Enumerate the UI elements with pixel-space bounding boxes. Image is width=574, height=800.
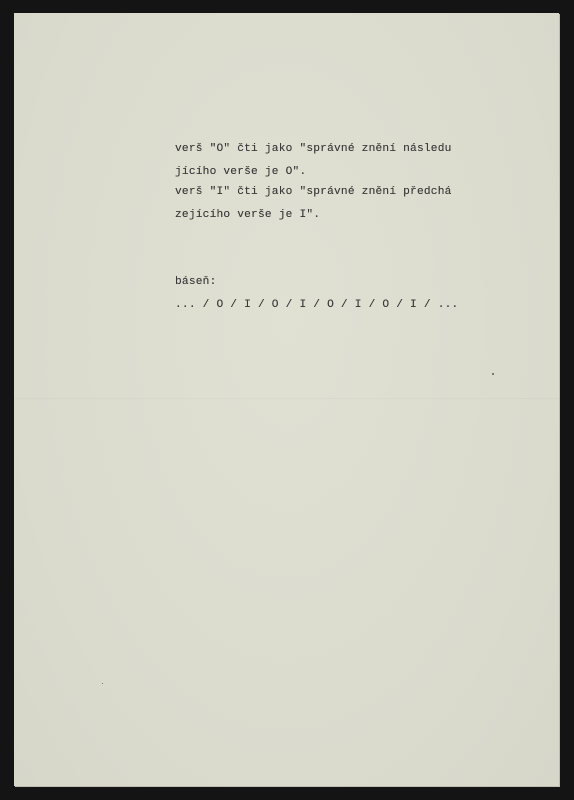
paper-fold — [14, 398, 559, 399]
poem-label: báseň: — [175, 277, 216, 288]
poem-sequence: ... / O / I / O / I / O / I / O / I / ..… — [175, 300, 458, 311]
paper-speck — [492, 373, 494, 375]
paper-speck — [102, 683, 103, 684]
paragraph-line-1: verš "O" čti jako "správné znění následu — [175, 144, 452, 155]
paragraph-line-3: verš "I" čti jako "správné znění předchá — [175, 187, 452, 198]
paragraph-line-2: jícího verše je O". — [175, 167, 306, 178]
paragraph-line-4: zejícího verše je I". — [175, 210, 320, 221]
paper-sheet: verš "O" čti jako "správné znění následu… — [14, 13, 559, 786]
